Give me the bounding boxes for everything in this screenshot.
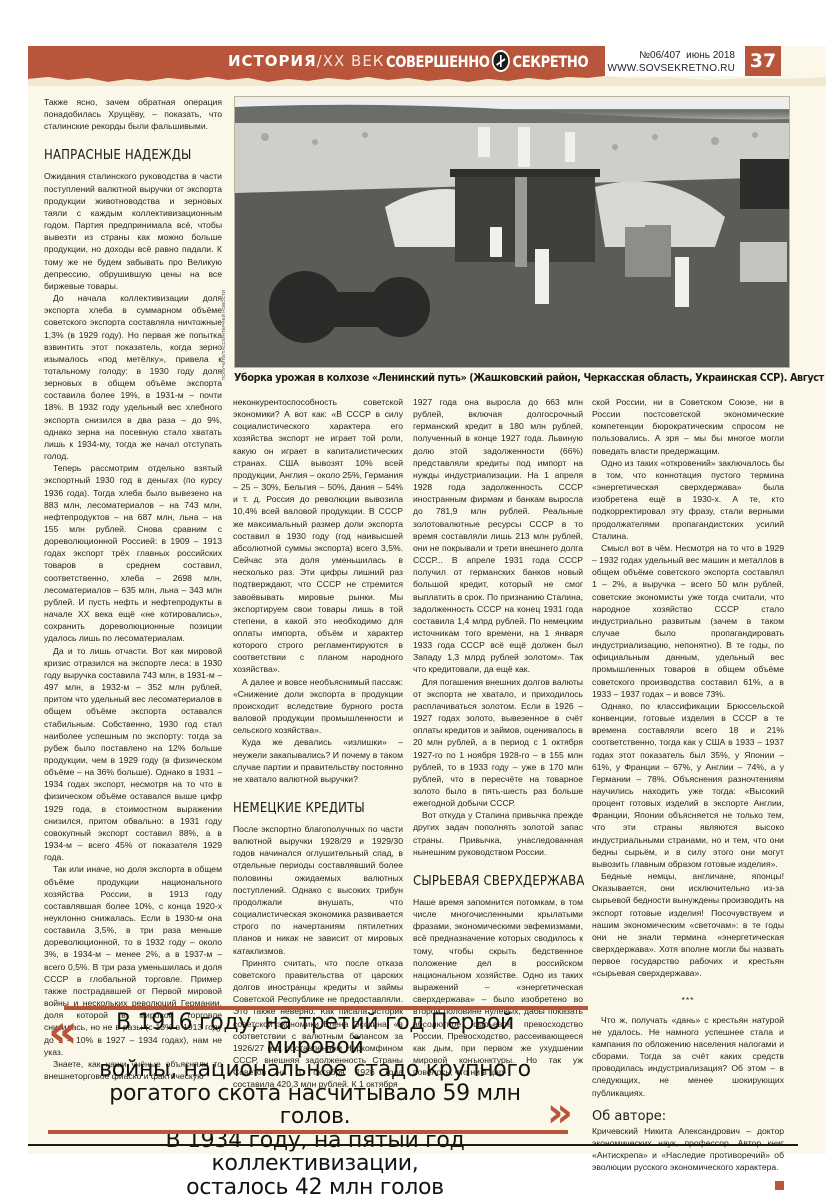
section-separator: *** [592,994,784,1006]
quote-line: В 1916 году, на третий год Первой мирово… [80,1011,550,1058]
article-column-4: ской России, ни в Советском Союзе, ни в … [592,396,784,1190]
paragraph: Для погашения внешних долгов валюты от э… [413,676,583,810]
issue-number: №06/407 июнь 2018 [605,49,735,62]
photo-caption: Уборка урожая в колхозе «Ленинский путь»… [234,372,749,384]
article-column-1: Также ясно, зачем обратная операция пона… [44,96,222,1082]
rubric-sub: /XX ВЕК [317,52,385,70]
archive-photo [234,96,790,368]
paragraph: 1927 года она выросла до 663 млн рублей,… [413,396,583,676]
paragraph: Вот откуда у Сталина привычка прежде дру… [413,809,583,858]
section-heading-false-hopes: НАПРАСНЫЕ НАДЕЖДЫ [44,148,204,164]
quote-line: В 1934 году, на пятый год коллективизаци… [80,1129,550,1176]
paragraph: А далее и вовсе необъяснимый пассаж: «Сн… [233,676,403,737]
section-rubric: ИСТОРИЯ/XX ВЕК [228,52,384,70]
article-column-2: неконкурентоспособность советской эконом… [233,396,403,1090]
paragraph: После экспортно благополучных по части в… [233,823,403,957]
article-column-3: 1927 года она выросла до 663 млн рублей,… [413,396,583,1078]
section-heading-raw-superpower: СЫРЬЕВАЯ СВЕРХДЕРЖАВА [413,874,566,890]
paragraph: Смысл вот в чём. Несмотря на то что в 19… [592,542,784,700]
paragraph: Что ж, получать «дань» с крестьян натуро… [592,1014,784,1099]
end-of-article-icon [775,1181,784,1190]
paragraph: Бедные немцы, англичане, японцы! Оказыва… [592,870,784,979]
page-header: ИСТОРИЯ/XX ВЕК СОВЕРШЕННО СЕКРЕТНО №06/4… [28,46,826,76]
section-heading-german-credits: НЕМЕЦКИЕ КРЕДИТЫ [233,801,386,817]
paragraph: Куда же девались «излишки» – неужели зак… [233,736,403,785]
magazine-page: ИСТОРИЯ/XX ВЕК СОВЕРШЕННО СЕКРЕТНО №06/4… [0,0,826,1200]
paragraph: Однако, по классификации Брюссельской ко… [592,700,784,870]
spy-emblem-icon [492,50,510,72]
brand-left: СОВЕРШЕННО [386,52,490,71]
bottom-rule [28,1144,798,1146]
paragraph: Одно из таких «откровений» заключалось б… [592,457,784,542]
paragraph: До начала коллективизации доля экспорта … [44,292,222,462]
paragraph: неконкурентоспособность советской эконом… [233,396,403,676]
brand-right: СЕКРЕТНО [513,52,589,71]
pull-quote-text: В 1916 году, на третий год Первой мирово… [80,1011,550,1199]
close-quote-icon: » [547,1093,559,1133]
quote-rule-bottom [48,1130,568,1134]
pull-quote: « В 1916 году, на третий год Первой миро… [44,1005,580,1133]
open-quote-icon: « [48,1009,62,1053]
intro-paragraph: Также ясно, зачем обратная операция пона… [44,96,222,132]
photo-credit: ПОЛУЧИТЕ/ТАСС/ИНТЕРНЕЙ НОВОСТИ [221,230,231,380]
quote-line: рогатого скота насчитывало 59 млн голов. [80,1082,550,1129]
rubric-main: ИСТОРИЯ [228,52,317,70]
website-url: WWW.SOVSEKRETNO.RU [605,62,735,75]
quote-line: осталось 42 млн голов [80,1176,550,1200]
about-author-heading: Об авторе: [592,1109,784,1125]
page-number: 37 [745,46,781,76]
issue-info: №06/407 июнь 2018 WWW.SOVSEKRETNO.RU [605,46,745,76]
magazine-brand: СОВЕРШЕННО СЕКРЕТНО [386,51,588,71]
paragraph: Ожидания сталинского руководства в части… [44,170,222,292]
quote-line: войны, национальное стадо крупного [80,1058,550,1082]
paragraph: Да и то лишь отчасти. Вот как мировой кр… [44,645,222,864]
about-author-text: Кричевский Никита Александрович – доктор… [592,1125,784,1174]
harvest-scene-illustration [235,97,790,368]
paragraph: ской России, ни в Советском Союзе, ни в … [592,396,784,457]
paragraph: Теперь рассмотрим отдельно взятый экспор… [44,462,222,644]
